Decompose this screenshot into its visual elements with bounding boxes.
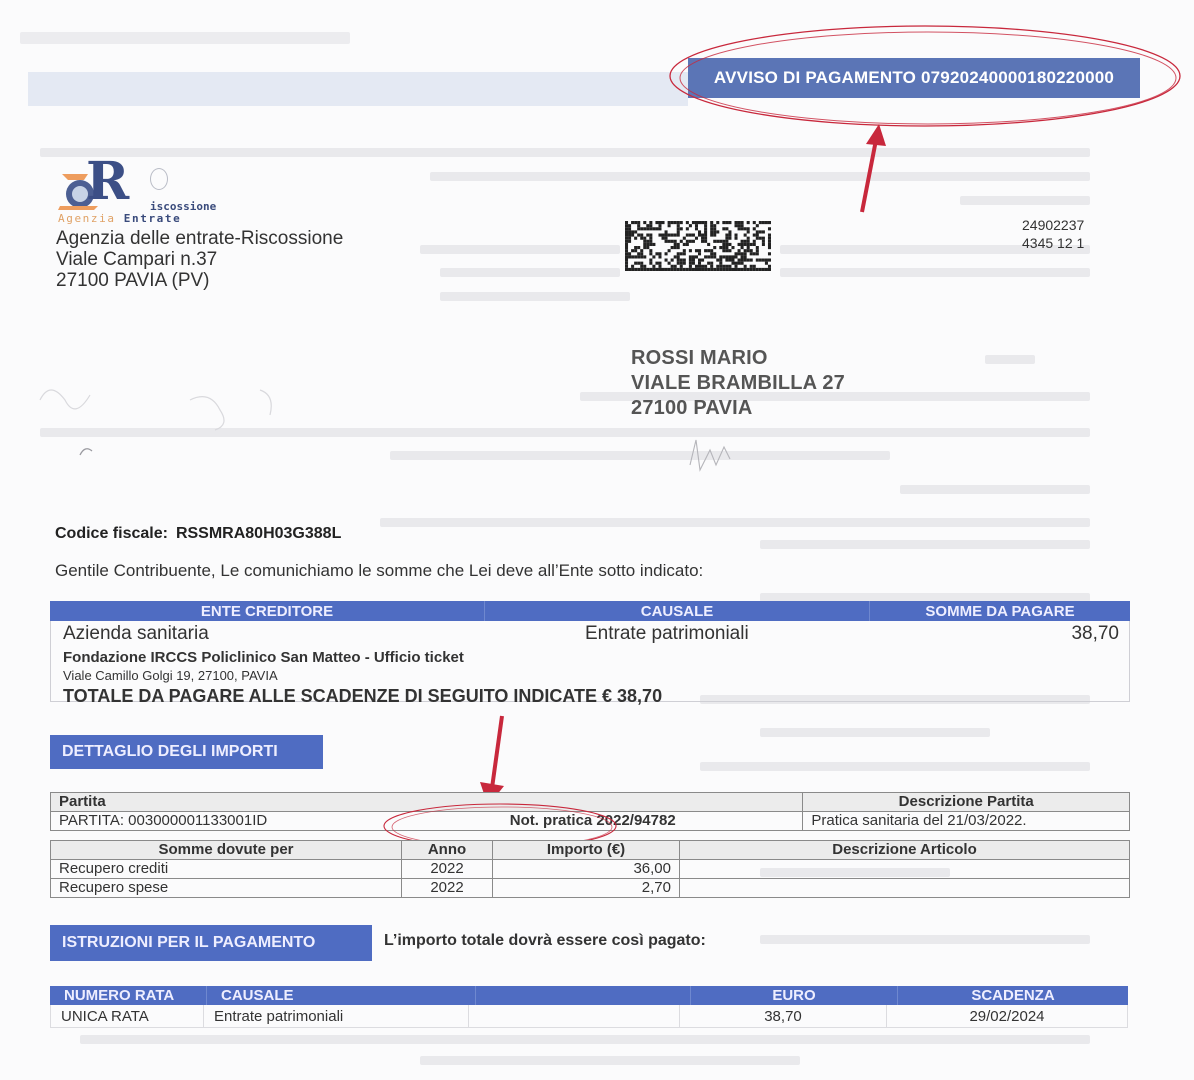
totale-da-pagare: TOTALE DA PAGARE ALLE SCADENZE DI SEGUIT… bbox=[63, 686, 662, 707]
table-row: Recupero crediti 2022 36,00 bbox=[51, 860, 1130, 879]
header-ente-creditore: ENTE CREDITORE bbox=[50, 601, 485, 621]
header-partita: Partita bbox=[51, 793, 803, 812]
bleed-through-text bbox=[760, 540, 1090, 549]
reference-number-2: 4345 12 1 bbox=[1022, 234, 1084, 252]
datamatrix-barcode-icon bbox=[625, 221, 771, 271]
rate-table: NUMERO RATA CAUSALE EURO SCADENZA UNICA … bbox=[50, 986, 1128, 1028]
bleed-through-text bbox=[420, 245, 620, 254]
avviso-di-pagamento-banner: AVVISO DI PAGAMENTO 07920240000180220000 bbox=[688, 58, 1140, 98]
bleed-through-text bbox=[960, 196, 1090, 205]
rata-numero: UNICA RATA bbox=[51, 1005, 204, 1027]
bleed-through-text bbox=[430, 172, 1090, 181]
bleed-through-text bbox=[985, 355, 1035, 364]
header-causale: CAUSALE bbox=[485, 601, 870, 621]
articolo-importo: 36,00 bbox=[493, 860, 680, 879]
header-descrizione-partita: Descrizione Partita bbox=[803, 793, 1130, 812]
ente-type: Azienda sanitaria bbox=[63, 623, 209, 645]
section-istruzioni-pagamento: ISTRUZIONI PER IL PAGAMENTO bbox=[50, 925, 372, 961]
header-anno: Anno bbox=[402, 841, 493, 860]
reference-numbers: 24902237 4345 12 1 bbox=[1022, 216, 1084, 252]
handwritten-signature-icon bbox=[10, 360, 810, 500]
greeting-text: Gentile Contribuente, Le comunichiamo le… bbox=[55, 561, 703, 581]
header-causale: CAUSALE bbox=[207, 986, 476, 1005]
bleed-through-text bbox=[440, 292, 630, 301]
bleed-through-text bbox=[440, 268, 620, 277]
annotation-arrow-up-icon bbox=[850, 120, 890, 220]
bleed-through-text bbox=[760, 935, 1090, 944]
rate-table-header: NUMERO RATA CAUSALE EURO SCADENZA bbox=[50, 986, 1128, 1005]
codice-fiscale-label: Codice fiscale: bbox=[55, 525, 168, 542]
section-dettaglio-importi: DETTAGLIO DEGLI IMPORTI bbox=[50, 735, 323, 769]
bleed-through-text bbox=[700, 762, 1090, 771]
istruzioni-subtitle: L’importo totale dovrà essere così pagat… bbox=[384, 932, 706, 950]
bleed-through-text bbox=[80, 1035, 1090, 1044]
articoli-table: Somme dovute per Anno Importo (€) Descri… bbox=[50, 840, 1130, 898]
articolo-anno: 2022 bbox=[402, 879, 493, 898]
articolo-descrizione bbox=[680, 860, 1130, 879]
bleed-through-text bbox=[780, 268, 1090, 277]
header-somme-da-pagare: SOMME DA PAGARE bbox=[870, 601, 1130, 621]
reference-number-1: 24902237 bbox=[1022, 216, 1084, 234]
ente-table-header: ENTE CREDITORE CAUSALE SOMME DA PAGARE bbox=[50, 601, 1130, 621]
header-numero-rata: NUMERO RATA bbox=[50, 986, 207, 1005]
articolo-descrizione bbox=[680, 879, 1130, 898]
pratica-number: Not. pratica 2022/94782 bbox=[383, 812, 803, 831]
articolo-voce: Recupero crediti bbox=[51, 860, 402, 879]
bleed-through-text bbox=[760, 728, 990, 737]
logo-agenzia-entrate-text: Agenzia Entrate bbox=[58, 212, 181, 225]
table-row: Recupero spese 2022 2,70 bbox=[51, 879, 1130, 898]
codice-fiscale: Codice fiscale:RSSMRA80H03G388L bbox=[55, 525, 341, 543]
bleed-through-text bbox=[40, 148, 1090, 157]
header-empty bbox=[476, 986, 691, 1005]
header-scadenza: SCADENZA bbox=[898, 986, 1128, 1005]
sender-city: 27100 PAVIA (PV) bbox=[56, 270, 343, 291]
articolo-voce: Recupero spese bbox=[51, 879, 402, 898]
descrizione-partita-value: Pratica sanitaria del 21/03/2022. bbox=[803, 812, 1130, 831]
ente-address: Viale Camillo Golgi 19, 27100, PAVIA bbox=[63, 668, 278, 683]
rata-causale: Entrate patrimoniali bbox=[204, 1005, 469, 1027]
ente-somme: 38,70 bbox=[1071, 623, 1119, 645]
header-somme-dovute-per: Somme dovute per bbox=[51, 841, 402, 860]
bleed-through-text bbox=[420, 1056, 800, 1065]
ente-name: Fondazione IRCCS Policlinico San Matteo … bbox=[63, 649, 464, 666]
rata-extra bbox=[469, 1005, 680, 1027]
bleed-through-text bbox=[20, 32, 350, 44]
sender-name: Agenzia delle entrate-Riscossione bbox=[56, 228, 343, 249]
articolo-importo: 2,70 bbox=[493, 879, 680, 898]
partita-value: PARTITA: 003000001133001ID bbox=[51, 812, 384, 831]
bleed-through-text bbox=[900, 485, 1090, 494]
header-descrizione-articolo: Descrizione Articolo bbox=[680, 841, 1130, 860]
header-euro: EURO bbox=[691, 986, 898, 1005]
bleed-through-text bbox=[380, 518, 1090, 527]
table-row: UNICA RATA Entrate patrimoniali 38,70 29… bbox=[50, 1005, 1128, 1028]
sender-address: Agenzia delle entrate-Riscossione Viale … bbox=[56, 228, 343, 291]
header-importo: Importo (€) bbox=[493, 841, 680, 860]
sender-street: Viale Campari n.37 bbox=[56, 249, 343, 270]
bleed-through-bar bbox=[28, 72, 688, 106]
logo-r-letter: R bbox=[86, 156, 129, 208]
rata-euro: 38,70 bbox=[680, 1005, 887, 1027]
agenzia-entrate-riscossione-logo: R iscossione Agenzia Entrate bbox=[58, 164, 228, 228]
partita-table: Partita Descrizione Partita PARTITA: 003… bbox=[50, 792, 1130, 831]
ente-causale: Entrate patrimoniali bbox=[585, 623, 749, 645]
articolo-anno: 2022 bbox=[402, 860, 493, 879]
logo-entrate-text: Entrate bbox=[124, 212, 182, 225]
republic-emblem-icon bbox=[150, 168, 168, 190]
rata-scadenza: 29/02/2024 bbox=[887, 1005, 1127, 1027]
codice-fiscale-value: RSSMRA80H03G388L bbox=[176, 525, 341, 542]
logo-agenzia-text: Agenzia bbox=[58, 212, 116, 225]
